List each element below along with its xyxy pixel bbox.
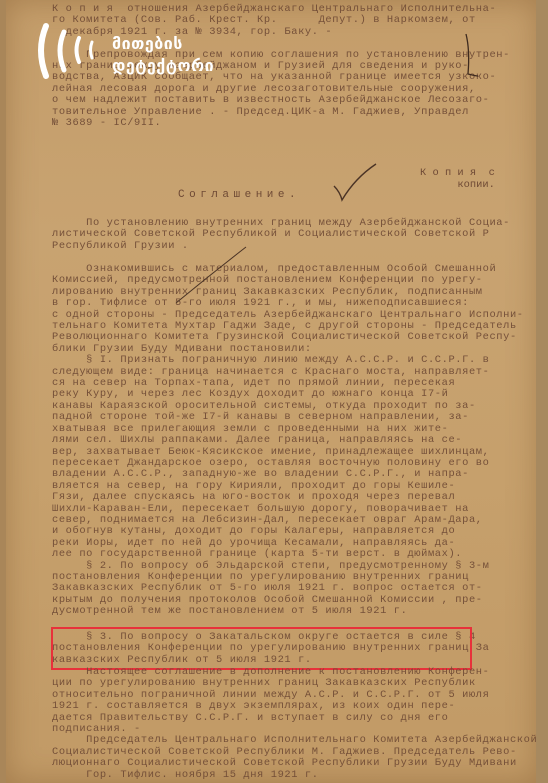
agreement-closing: Настоящее соглашение в дополнение к пост…	[52, 667, 512, 781]
document-title: Соглашение.	[178, 189, 300, 201]
copy-note: К о п и я с копии.	[420, 167, 495, 191]
logo-line1: მითების	[112, 34, 183, 53]
highlight-box	[51, 627, 472, 670]
logo-line2: დეტექტორი	[112, 56, 214, 75]
sound-waves-icon	[34, 20, 104, 80]
agreement-body: Ознакомившись с материалом, предоставлен…	[52, 264, 512, 618]
page-edge-right	[536, 0, 548, 783]
agreement-intro: По установлению внутренних границ между …	[52, 218, 512, 252]
mythdetector-logo: მითების დეტექტორი	[34, 20, 204, 80]
